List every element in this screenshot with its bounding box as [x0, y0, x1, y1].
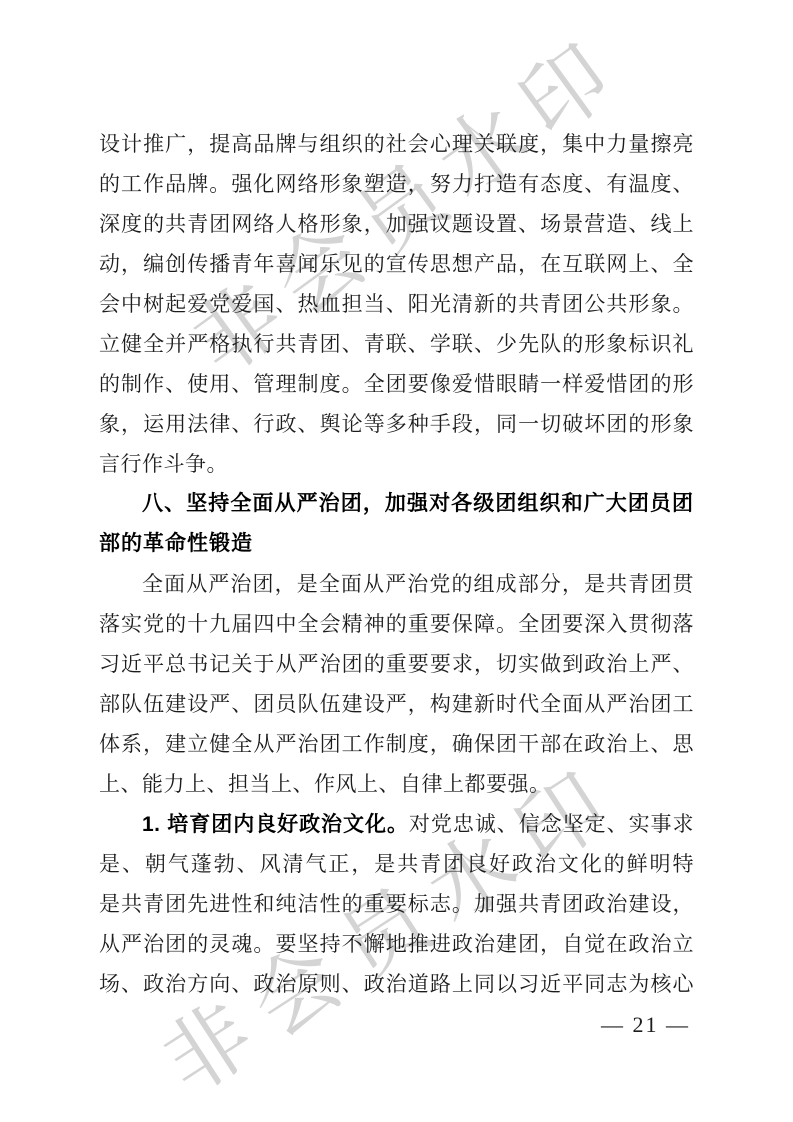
body-line-p1-5: 会中树起爱党爱国、热血担当、阳光清新的共青团公共形象。建 — [99, 284, 694, 324]
body-line-p1-2: 的工作品牌。强化网络形象塑造，努力打造有态度、有温度、有 — [99, 164, 694, 204]
body-line-p2-4: 部队伍建设严、团员队伍建设严，构建新时代全面从严治团工作 — [99, 684, 694, 724]
body-line-p1-4: 动，编创传播青年喜闻乐见的宣传思想产品，在互联网上、全社 — [99, 244, 694, 284]
body-line-p2-2: 落实党的十九届四中全会精神的重要保障。全团要深入贯彻落实 — [99, 604, 694, 644]
numbered-point-lead: 1. 培育团内良好政治文化。 — [142, 813, 409, 836]
body-line-p1-6: 立健全并严格执行共青团、青联、学联、少先队的形象标识礼仪 — [99, 324, 694, 364]
body-line-p2-5: 体系，建立健全从严治团工作制度，确保团干部在政治上、思想 — [99, 724, 694, 764]
body-line-p2-1: 全面从严治团，是全面从严治党的组成部分，是共青团贯彻 — [99, 564, 694, 604]
body-line-p2-3: 习近平总书记关于从严治团的重要要求，切实做到政治上严、干 — [99, 644, 694, 684]
body-line-p2-6: 上、能力上、担当上、作风上、自律上都要强。 — [99, 764, 694, 804]
body-line-p3-3: 是共青团先进性和纯洁性的重要标志。加强共青团政治建设，是 — [99, 884, 694, 924]
body-line-p3-2: 是、朝气蓬勃、风清气正，是共青团良好政治文化的鲜明特点， — [99, 844, 694, 884]
document-body: 设计推广，提高品牌与组织的社会心理关联度，集中力量擦亮团 的工作品牌。强化网络形… — [99, 124, 694, 1004]
section-heading-line-2: 部的革命性锻造 — [99, 524, 694, 564]
body-line-p1-7: 的制作、使用、管理制度。全团要像爱惜眼睛一样爱惜团的形 — [99, 364, 694, 404]
document-page: 非会员水印 非会员水印 设计推广，提高品牌与组织的社会心理关联度，集中力量擦亮团… — [0, 0, 793, 1122]
body-line-p3-1-rest: 对党忠诚、信念坚定、实事求 — [409, 812, 694, 836]
page-number: — 21 — — [601, 1008, 690, 1042]
body-line-p3-1: 1. 培育团内良好政治文化。对党忠诚、信念坚定、实事求 — [99, 804, 694, 844]
body-line-p1-1: 设计推广，提高品牌与组织的社会心理关联度，集中力量擦亮团 — [99, 124, 694, 164]
body-line-p1-8: 象，运用法律、行政、舆论等多种手段，同一切破坏团的形象的 — [99, 404, 694, 444]
body-line-p3-4: 从严治团的灵魂。要坚持不懈地推进政治建团，自觉在政治立 — [99, 924, 694, 964]
body-line-p1-3: 深度的共青团网络人格形象，加强议题设置、场景营造、线上互 — [99, 204, 694, 244]
body-line-p1-9: 言行作斗争。 — [99, 444, 694, 484]
body-line-p3-5: 场、政治方向、政治原则、政治道路上同以习近平同志为核心的 — [99, 964, 694, 1004]
section-heading-line-1: 八、坚持全面从严治团，加强对各级团组织和广大团员团干 — [99, 484, 694, 524]
